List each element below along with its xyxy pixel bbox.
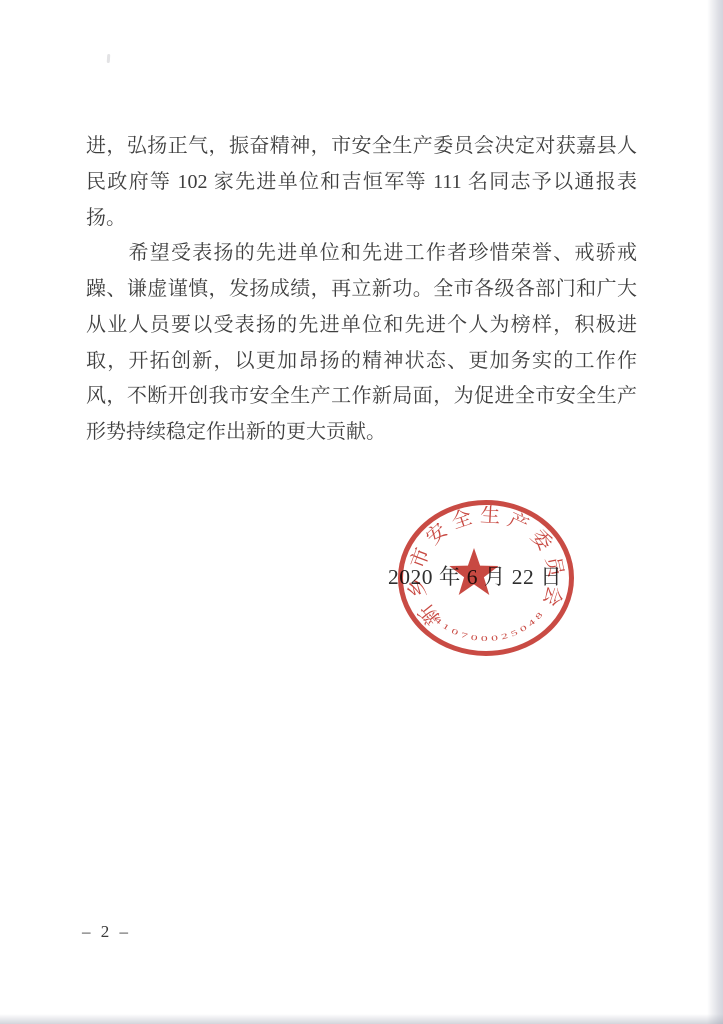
body-line: 风，不断开创我市安全生产工作新局面，为促进全市安全生产 — [86, 379, 637, 415]
body-line: 希望受表扬的先进单位和先进工作者珍惜荣誉、戒骄戒 — [86, 236, 637, 272]
body-line: 躁、谦虚谨慎，发扬成绩，再立新功。全市各级各部门和广大 — [86, 272, 637, 308]
scan-edge-shadow-bottom — [0, 1014, 723, 1024]
body-line: 民政府等 102 家先进单位和吉恒军等 111 名同志予以通报表 — [86, 165, 637, 201]
scan-edge-shadow-right — [707, 0, 723, 1024]
body-line: 扬。 — [86, 201, 637, 237]
body-line: 取，开拓创新，以更加昂扬的精神状态、更加务实的工作作 — [86, 344, 637, 380]
signature-date: 2020 年 6 月 22 日 — [388, 560, 562, 591]
body-line: 进，弘扬正气，振奋精神，市安全生产委员会决定对获嘉县人 — [86, 129, 637, 165]
page-number: – 2 – — [82, 922, 131, 942]
body-line: 形势持续稳定作出新的更大贡献。 — [86, 415, 637, 451]
body-text: 进，弘扬正气，振奋精神，市安全生产委员会决定对获嘉县人 民政府等 102 家先进… — [86, 129, 637, 451]
scan-speck — [107, 54, 111, 63]
body-line: 从业人员要以受表扬的先进单位和先进个人为榜样，积极进 — [86, 308, 637, 344]
document-page: 进，弘扬正气，振奋精神，市安全生产委员会决定对获嘉县人 民政府等 102 家先进… — [0, 0, 723, 1024]
